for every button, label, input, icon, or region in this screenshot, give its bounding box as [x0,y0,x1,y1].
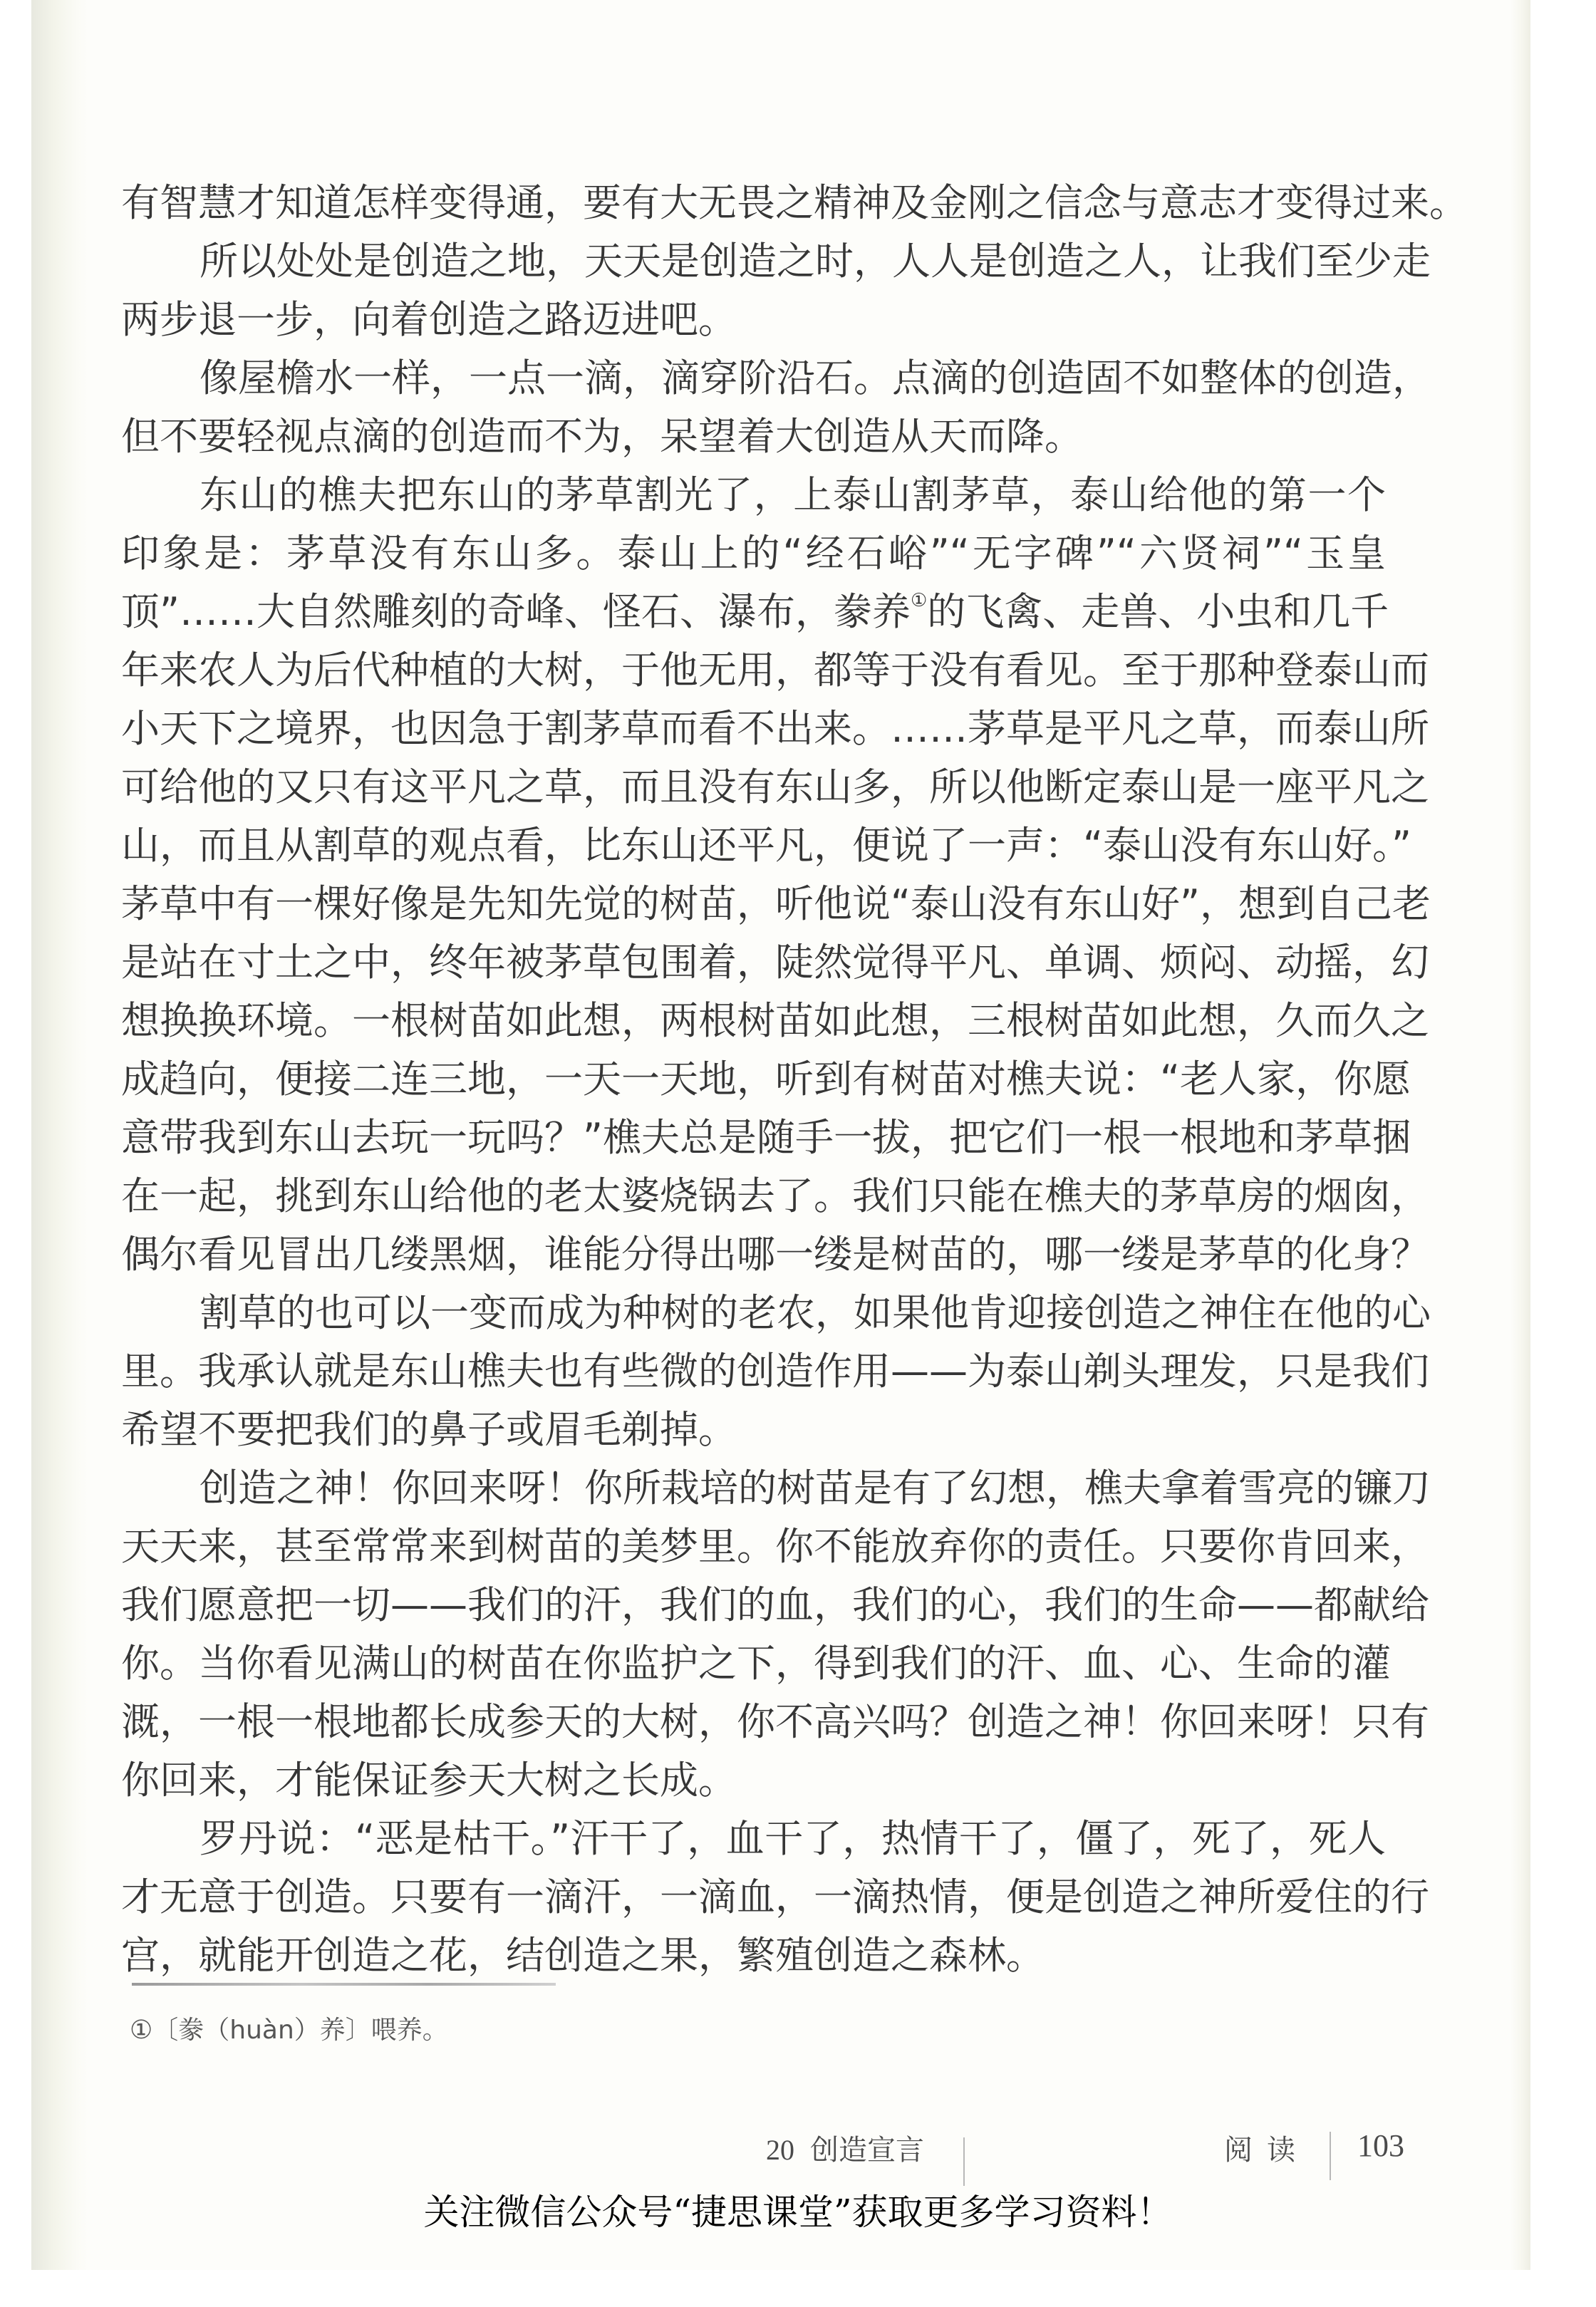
text-segment: 顶”……大自然雕刻的奇峰、怪石、瀑布，豢养 [121,589,911,634]
text-line: 成趋向，便接二连三地，一天一天地，听到有树苗对樵夫说：“老人家，你愿 [121,1050,1386,1109]
text-line: 里。我承认就是东山樵夫也有些微的创造作用——为泰山剃头理发，只是我们 [121,1342,1386,1401]
text-line: 茅草中有一棵好像是先知先觉的树苗，听他说“泰山没有东山好”，想到自己老 [121,875,1386,933]
text-line: 但不要轻视点滴的创造而不为，呆望着大创造从天而降。 [121,408,1386,466]
body-text: 有智慧才知道怎样变得通，要有大无畏之精神及金刚之信念与意志才变得过来。 所以处处… [121,174,1386,1985]
footnote: ①〔豢（huàn）养〕喂养。 [130,2011,448,2051]
page-number: 103 [1357,2126,1404,2166]
text-line: 年来农人为后代种植的大树，于他无用，都等于没有看见。至于那种登泰山而 [121,641,1386,700]
text-line: 罗丹说：“恶是枯干。”汗干了，血干了，热情干了，僵了，死了，死人 [121,1810,1386,1868]
text-line: 像屋檐水一样，一点一滴，滴穿阶沿石。点滴的创造固不如整体的创造， [121,349,1386,408]
text-line: 创造之神！你回来呀！你所栽培的树苗是有了幻想，樵夫拿着雪亮的镰刀 [121,1459,1386,1518]
footer-divider [963,2137,965,2186]
text-line: 天天来，甚至常常来到树苗的美梦里。你不能放弃你的责任。只要你肯回来， [121,1518,1386,1576]
running-footer-lesson: 20创造宣言 [766,2130,924,2170]
spine-shadow [31,0,88,2270]
text-line: 宫，就能开创造之花，结创造之果，繁殖创造之森林。 [121,1927,1386,1985]
text-line: 我们愿意把一切——我们的汗，我们的血，我们的心，我们的生命——都献给 [121,1576,1386,1634]
text-line: 东山的樵夫把东山的茅草割光了，上泰山割茅草，泰山给他的第一个 [121,466,1386,524]
text-line: 在一起，挑到东山给他的老太婆烧锅去了。我们只能在樵夫的茅草房的烟囱， [121,1167,1386,1225]
lesson-number: 20 [766,2134,794,2166]
text-line: 小天下之境界，也因急于割茅草而看不出来。……茅草是平凡之草，而泰山所 [121,700,1386,758]
text-line: 才无意于创造。只要有一滴汗，一滴血，一滴热情，便是创造之神所爱住的行 [121,1868,1386,1927]
page-edge-shadow [1510,0,1530,2270]
footnote-reference[interactable]: ① [911,590,927,611]
text-segment: 的飞禽、走兽、小虫和几千 [927,589,1389,634]
text-line-with-footnote: 顶”……大自然雕刻的奇峰、怪石、瀑布，豢养①的飞禽、走兽、小虫和几千 [121,583,1386,641]
text-line: 偶尔看见冒出几缕黑烟，谁能分得出哪一缕是树苗的，哪一缕是茅草的化身？ [121,1225,1386,1284]
text-line: 是站在寸土之中，终年被茅草包围着，陡然觉得平凡、单调、烦闷、动摇，幻 [121,933,1386,992]
footnote-divider [132,1983,556,1986]
text-line: 两步退一步，向着创造之路迈进吧。 [121,291,1386,349]
text-line: 你回来，才能保证参天大树之长成。 [121,1751,1386,1810]
lesson-title: 创造宣言 [810,2134,924,2167]
text-line: 所以处处是创造之地，天天是创造之时，人人是创造之人，让我们至少走 [121,232,1386,291]
text-line: 溉，一根一根地都长成参天的大树，你不高兴吗？创造之神！你回来呀！只有 [121,1693,1386,1751]
text-line: 山，而且从割草的观点看，比东山还平凡，便说了一声：“泰山没有东山好。” [121,816,1386,875]
watermark-notice: 关注微信公众号“捷思课堂”获取更多学习资料！ [0,2187,1596,2237]
footnote-text: 〔豢（huàn）养〕喂养。 [152,2016,448,2045]
text-line: 可给他的又只有这平凡之草，而且没有东山多，所以他断定泰山是一座平凡之 [121,758,1386,816]
footnote-marker: ① [130,2016,152,2045]
footer-divider [1330,2132,1331,2180]
text-line: 割草的也可以一变而成为种树的老农，如果他肯迎接创造之神住在他的心 [121,1284,1386,1342]
running-footer-section: 阅读 [1224,2130,1310,2170]
text-line: 希望不要把我们的鼻子或眉毛剃掉。 [121,1401,1386,1459]
text-line: 你。当你看见满山的树苗在你监护之下，得到我们的汗、血、心、生命的灌 [121,1634,1386,1693]
text-line: 意带我到东山去玩一玩吗？”樵夫总是随手一拔，把它们一根一根地和茅草捆 [121,1109,1386,1167]
text-line: 印象是：茅草没有东山多。泰山上的“经石峪”“无字碑”“六贤祠”“玉皇 [121,524,1386,583]
text-line: 想换换环境。一根树苗如此想，两根树苗如此想，三根树苗如此想，久而久之 [121,992,1386,1050]
text-line: 有智慧才知道怎样变得通，要有大无畏之精神及金刚之信念与意志才变得过来。 [121,174,1386,232]
